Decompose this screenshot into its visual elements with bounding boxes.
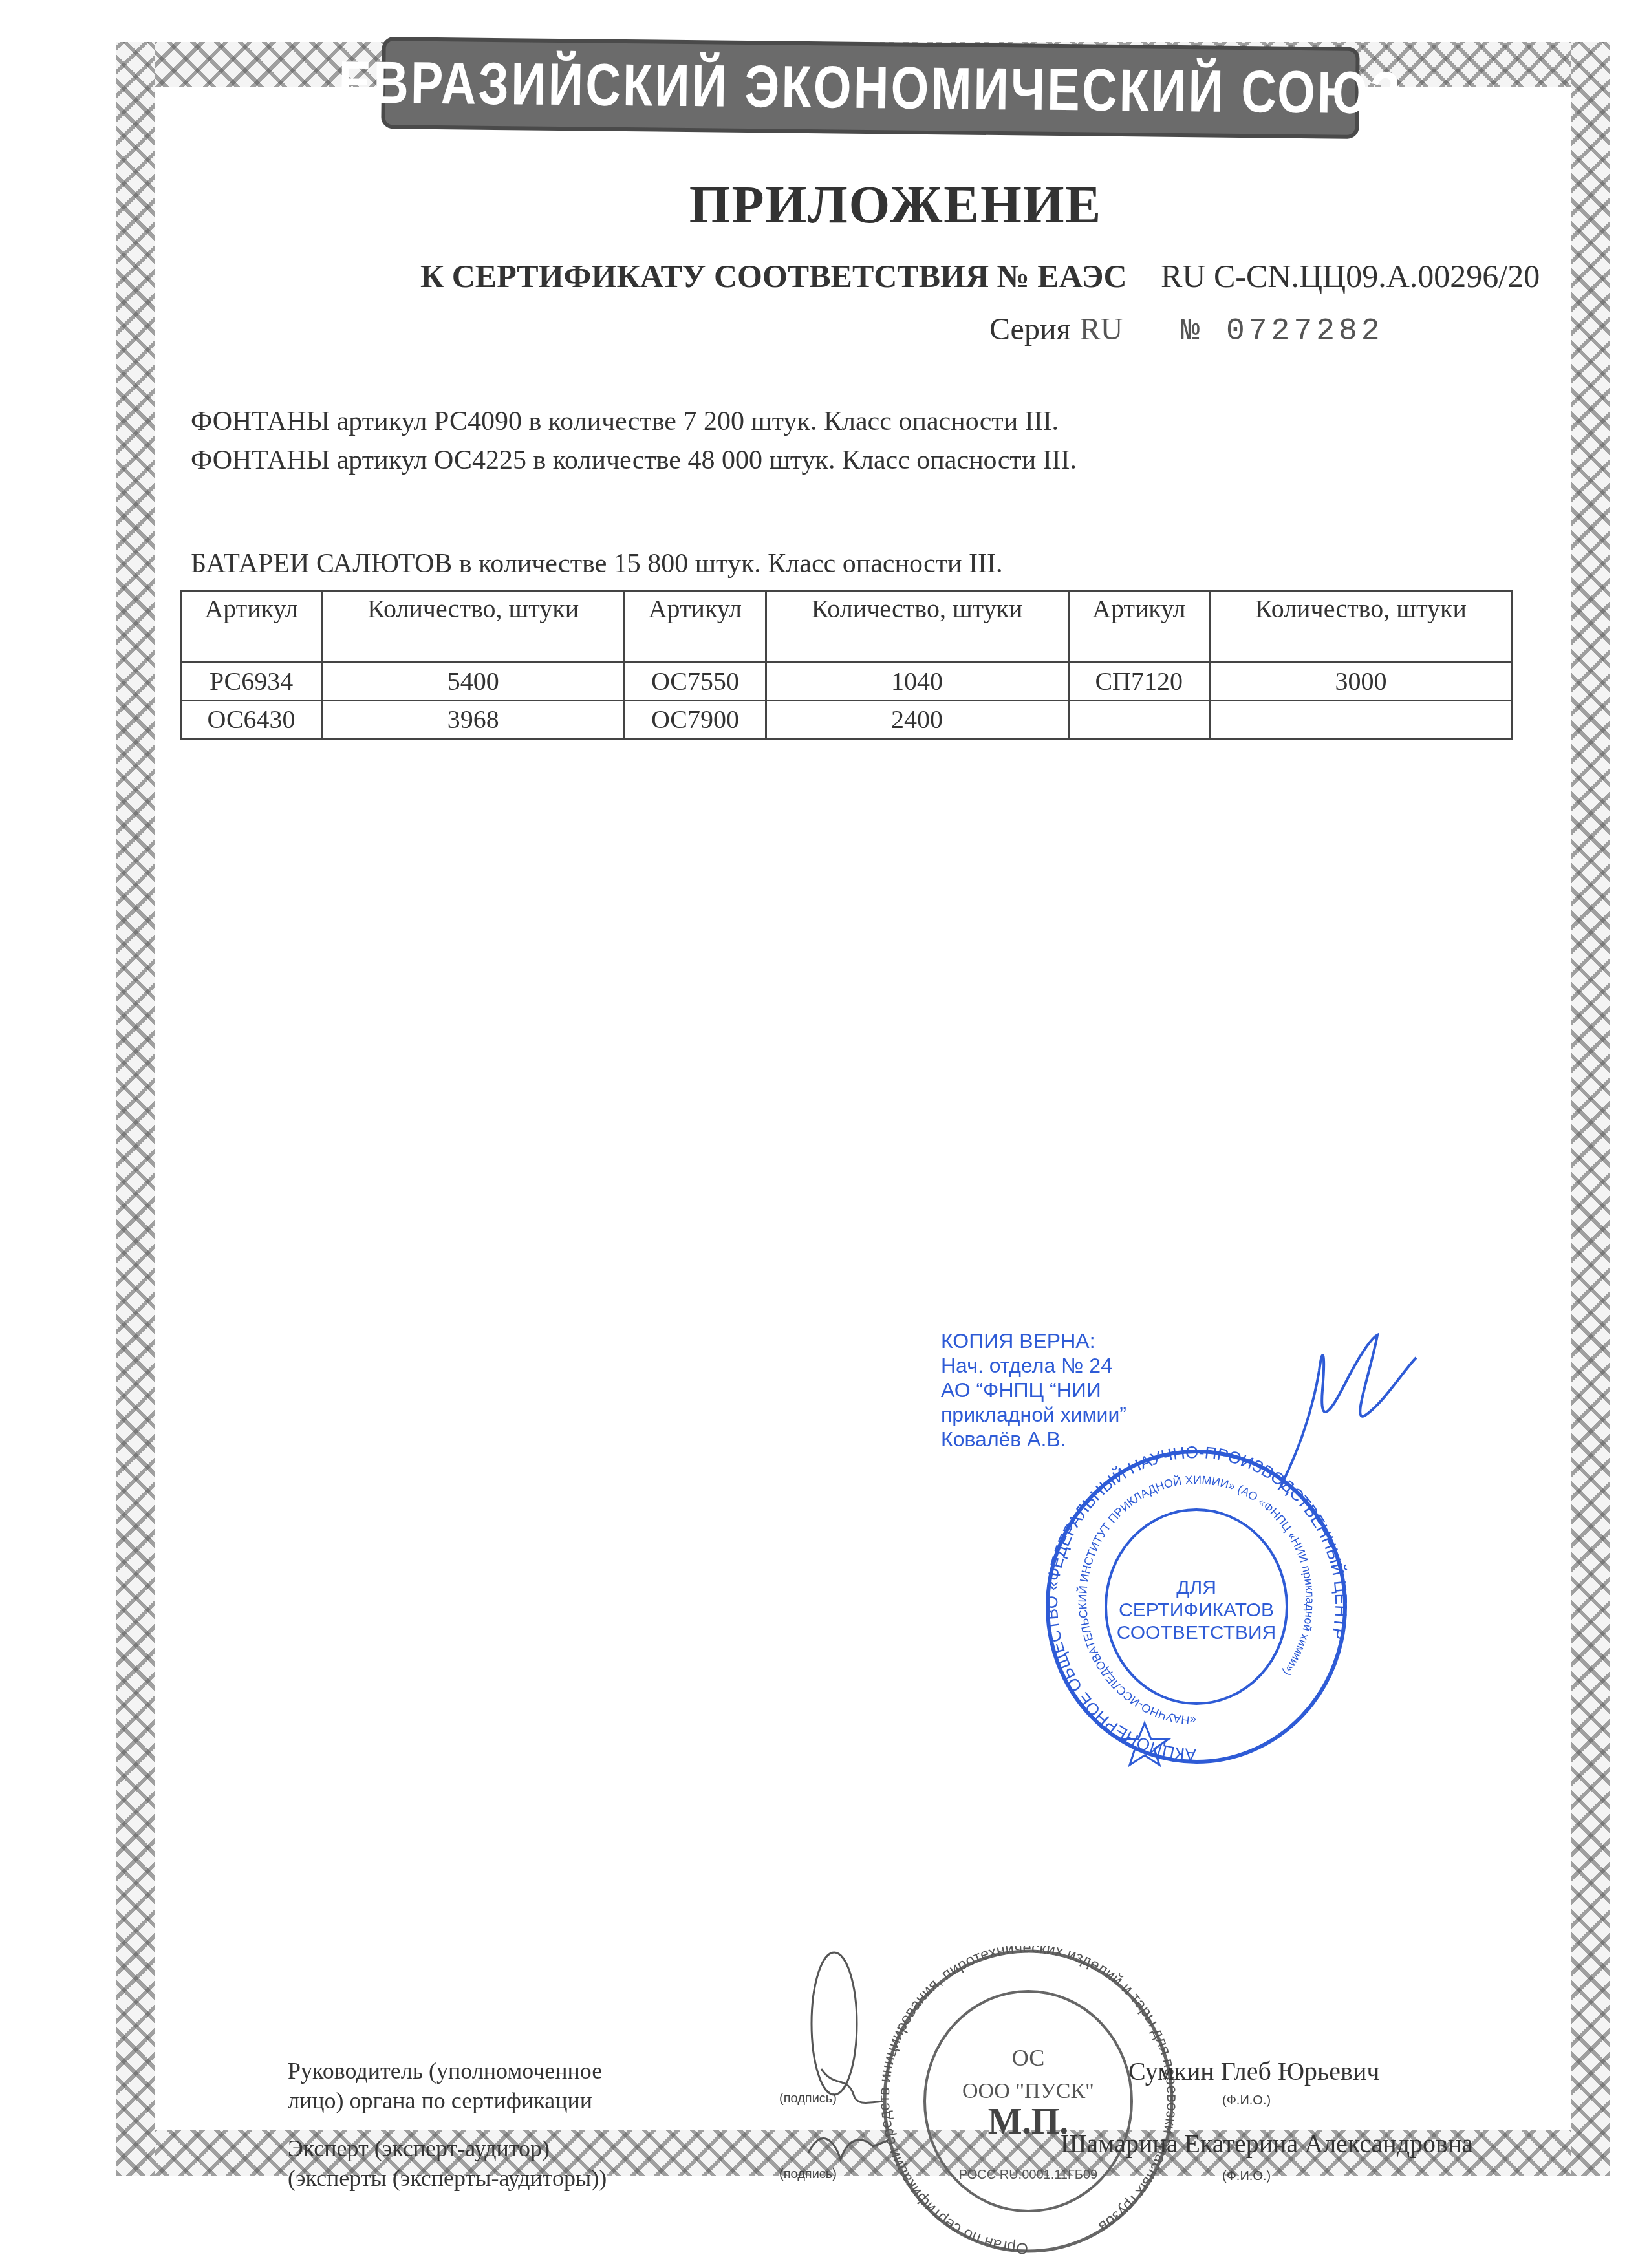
certificate-number: RU C-CN.ЦЦ09.А.00296/20: [1161, 257, 1540, 295]
items-table: Артикул Количество, штуки Артикул Количе…: [180, 590, 1513, 740]
svg-text:ООО "ПУСК": ООО "ПУСК": [962, 2079, 1094, 2103]
note-line: Нач. отдела № 24: [941, 1353, 1126, 1378]
header-article: Артикул: [181, 591, 322, 663]
cell: СП7120: [1068, 663, 1209, 701]
paragraph-batteries: БАТАРЕИ САЛЮТОВ в количестве 15 800 штук…: [191, 548, 1002, 579]
signature-caption: (подпись): [779, 2167, 837, 2182]
svg-text:ОС: ОС: [1012, 2045, 1044, 2071]
series-line: СерияRU№ 0727282: [989, 312, 1384, 349]
certificate-line: К СЕРТИФИКАТУ СООТВЕТСТВИЯ № ЕАЭС: [420, 257, 1127, 295]
cell: 2400: [766, 701, 1068, 739]
cell: 3968: [322, 701, 625, 739]
table-header-row: Артикул Количество, штуки Артикул Количе…: [181, 591, 1513, 663]
cell: РС6934: [181, 663, 322, 701]
series-value: RU: [1080, 312, 1123, 347]
page-area: [155, 87, 1571, 2130]
note-line: прикладной химии”: [941, 1402, 1126, 1427]
cell: [1068, 701, 1209, 739]
eaeu-banner: ЕВРАЗИЙСКИЙ ЭКОНОМИЧЕСКИЙ СОЮЗ: [381, 37, 1359, 139]
label-line: лицо) органа по сертификации: [288, 2086, 602, 2115]
cell: ОС6430: [181, 701, 322, 739]
gray-round-seal-icon: Орган по сертификации средств инициирова…: [879, 1946, 1177, 2256]
header-article: Артикул: [625, 591, 766, 663]
label-line: Эксперт (эксперт-аудитор): [288, 2134, 607, 2163]
decorative-border: [116, 42, 1610, 2176]
copy-certified-note: КОПИЯ ВЕРНА: Нач. отдела № 24 АО “ФНПЦ “…: [941, 1329, 1126, 1451]
cell: ОС7900: [625, 701, 766, 739]
handwritten-signatures-icon: [795, 1946, 892, 2179]
fio-caption: (Ф.И.О.): [1222, 2169, 1271, 2184]
label-line: (эксперты (эксперты-аудиторы)): [288, 2163, 607, 2193]
expert-name: Шамарина Екатерина Александровна: [1061, 2128, 1473, 2159]
cell: [1209, 701, 1512, 739]
expert-label: Эксперт (эксперт-аудитор) (эксперты (экс…: [288, 2134, 607, 2193]
header-quantity: Количество, штуки: [322, 591, 625, 663]
cell: 3000: [1209, 663, 1512, 701]
svg-text:СЕРТИФИКАТОВ: СЕРТИФИКАТОВ: [1119, 1599, 1274, 1621]
series-label: Серия: [989, 312, 1071, 347]
head-label: Руководитель (уполномоченное лицо) орган…: [288, 2056, 602, 2115]
header-quantity: Количество, штуки: [1209, 591, 1512, 663]
table-row: РС6934 5400 ОС7550 1040 СП7120 3000: [181, 663, 1513, 701]
form-number: № 0727282: [1181, 314, 1383, 349]
header-article: Артикул: [1068, 591, 1209, 663]
svg-text:М.П.: М.П.: [988, 2102, 1068, 2142]
paragraph-fountains-1: ФОНТАНЫ артикул РС4090 в количестве 7 20…: [191, 406, 1059, 437]
svg-text:СООТВЕТСТВИЯ: СООТВЕТСТВИЯ: [1117, 1622, 1277, 1643]
label-line: Руководитель (уполномоченное: [288, 2056, 602, 2086]
page-title: ПРИЛОЖЕНИЕ: [0, 175, 1649, 235]
blue-round-seal-icon: АКЦИОНЕРНОЕ ОБЩЕСТВО «ФЕДЕРАЛЬНЫЙ НАУЧНО…: [1041, 1445, 1352, 1768]
paragraph-fountains-2: ФОНТАНЫ артикул ОС4225 в количестве 48 0…: [191, 445, 1077, 476]
note-line: КОПИЯ ВЕРНА:: [941, 1329, 1126, 1353]
border-right: [1571, 42, 1610, 2176]
signature-caption: (подпись): [779, 2091, 837, 2106]
cell: 1040: [766, 663, 1068, 701]
svg-text:ДЛЯ: ДЛЯ: [1176, 1577, 1216, 1598]
cell: 5400: [322, 663, 625, 701]
cell: ОС7550: [625, 663, 766, 701]
note-line: АО “ФНПЦ “НИИ: [941, 1378, 1126, 1402]
border-left: [116, 42, 155, 2176]
header-quantity: Количество, штуки: [766, 591, 1068, 663]
svg-text:РОСС RU.0001.11ГБ09: РОСС RU.0001.11ГБ09: [959, 2168, 1097, 2182]
banner-text: ЕВРАЗИЙСКИЙ ЭКОНОМИЧЕСКИЙ СОЮЗ: [338, 48, 1403, 127]
head-name: Сумкин Глеб Юрьевич: [1128, 2056, 1379, 2086]
table-row: ОС6430 3968 ОС7900 2400: [181, 701, 1513, 739]
fio-caption: (Ф.И.О.): [1222, 2093, 1271, 2108]
